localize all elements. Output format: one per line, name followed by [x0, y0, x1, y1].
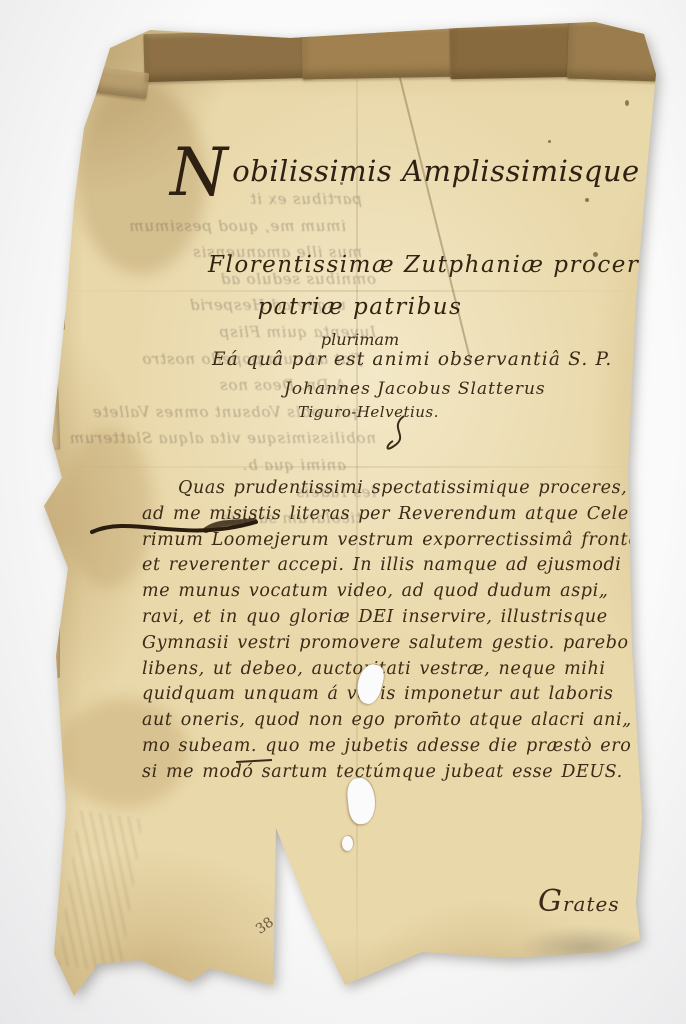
tape-repair-strip [567, 20, 661, 81]
body-line: me munus vocatum video, ad quod dudum as… [142, 579, 647, 605]
tape-repair-strip [450, 23, 579, 79]
left-edge-tape [39, 198, 67, 330]
body-line: et reverenter accepi. In illis namque ad… [142, 553, 647, 579]
paper-shadow-wrap: partibus ex itimum me, quod pessimummus … [40, 8, 662, 1016]
pencil-smudge-bottom-right [518, 926, 654, 968]
tape-repair-strip [143, 30, 312, 82]
letter-heading-line1: Nobilissimis Amplissimisque [180, 154, 666, 196]
bleedthrough-line: animi qua b. [34, 452, 376, 479]
tape-repair-strip [302, 27, 461, 80]
left-edge-tape [34, 310, 61, 451]
letter-body: Quas prudentissimi spectatissimique proc… [142, 476, 647, 786]
body-line: aut oneris, quod non ego prom̄to atque a… [142, 708, 647, 734]
left-edge-tape [40, 568, 60, 678]
ink-speck [625, 100, 629, 106]
body-line: Quas prudentissimi spectatissimique proc… [142, 476, 647, 502]
body-line: si me modó sartum tectúmque jubeat esse … [142, 760, 647, 786]
body-line: rimum Loomejerum vestrum exporrectissimâ… [142, 528, 647, 554]
letter-heading-line3: patriæ patribus [190, 294, 530, 320]
edge-annotation: mu [37, 211, 57, 227]
body-line: mo subeam. quo me jubetis adesse die præ… [142, 734, 647, 760]
body-line: libens, ut debeo, auctoritati vestræ, ne… [142, 657, 647, 683]
letter-heading-line2: Florentissimæ Zutphaniæ proceribus [208, 252, 686, 278]
body-line: ad me misistis literas per Reverendum at… [142, 502, 647, 528]
author-name: Johannes Jacobus Slatterus [284, 379, 546, 399]
body-line: Gymnasii vestri promovere salutem gestio… [142, 631, 647, 657]
closing-word: Grates [538, 884, 620, 919]
body-line: ravi, et in quo gloriæ DEI inservire, il… [142, 605, 647, 631]
pencil-smudge-bottom-left [57, 810, 142, 973]
paper-hole [342, 836, 353, 851]
ink-speck [548, 140, 551, 143]
tape-remnant [95, 67, 150, 99]
ink-speck [585, 198, 589, 202]
signature-flourish [378, 414, 420, 462]
manuscript-paper: partibus ex itimum me, quod pessimummus … [40, 8, 662, 1016]
bleedthrough-line: nobilissimisque vita alqua Slatterum [34, 425, 376, 452]
folio-number: 38 [253, 914, 277, 937]
bleedthrough-line: imum me, quod pessimum [34, 213, 376, 240]
body-line: quidquam unquam á vobis imponetur aut la… [142, 682, 647, 708]
salutation-line: Eá quâ par est animi observantiâ S. P. [212, 349, 613, 370]
manuscript-scan: partibus ex itimum me, quod pessimummus … [0, 0, 686, 1024]
letter-heading-line4: plurimam [190, 330, 530, 349]
